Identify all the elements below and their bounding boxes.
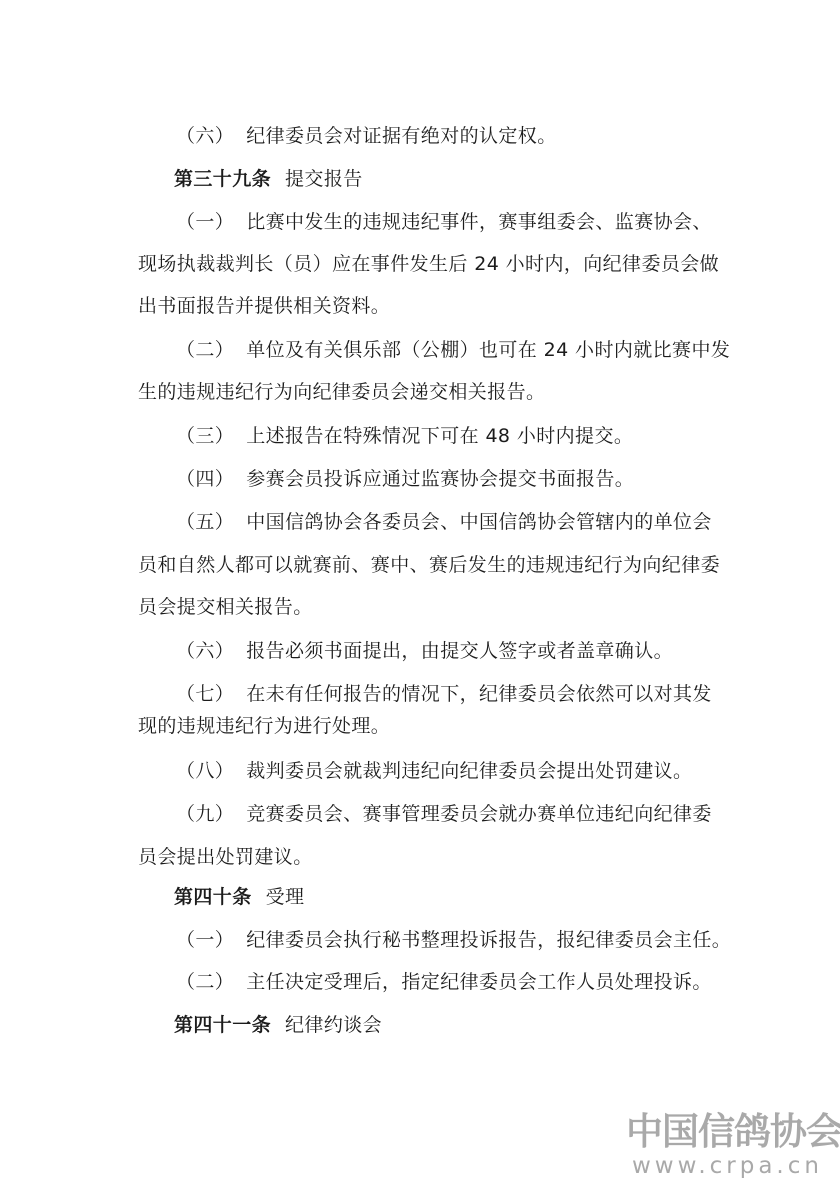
item-number: （五）: [176, 511, 234, 533]
continuation-line: 现的违规违纪行为进行处理。: [138, 714, 390, 738]
item-text: 裁判委员会就裁判违纪向纪律委员会提出处罚建议。: [246, 760, 692, 782]
continuation-line: 出书面报告并提供相关资料。: [138, 294, 390, 318]
item-text: 中国信鸽协会各委员会、中国信鸽协会管辖内的单位会: [246, 511, 712, 533]
item-text: 纪律委员会对证据有绝对的认定权。: [246, 125, 556, 147]
item-number: （一）: [176, 211, 234, 233]
watermark-url: www.crpa.cn: [632, 1153, 823, 1179]
item-number: （二）: [176, 971, 234, 993]
continuation-line: 员和自然人都可以就赛前、赛中、赛后发生的违规违纪行为向纪律委: [138, 553, 720, 577]
item-text: 在未有任何报告的情况下，纪律委员会依然可以对其发: [246, 683, 712, 705]
list-item: （九）竞赛委员会、赛事管理委员会就办赛单位违纪向纪律委: [176, 802, 712, 826]
list-item: （六）报告必须书面提出，由提交人签字或者盖章确认。: [176, 639, 673, 663]
list-item: （五）中国信鸽协会各委员会、中国信鸽协会管辖内的单位会: [176, 510, 712, 534]
item-number: （一）: [176, 929, 234, 951]
continuation-line: 员会提交相关报告。: [138, 595, 313, 619]
item-number: （四）: [176, 468, 234, 490]
article-title: 纪律约谈会: [285, 1014, 382, 1036]
article-number: 第四十一条: [174, 1014, 271, 1036]
item-number: （二）: [176, 339, 234, 361]
item-text: 主任决定受理后，指定纪律委员会工作人员处理投诉。: [246, 971, 712, 993]
list-item: （二）主任决定受理后，指定纪律委员会工作人员处理投诉。: [176, 970, 712, 994]
item-text: 上述报告在特殊情况下可在 48 小时内提交。: [246, 425, 633, 447]
list-item: （一）纪律委员会执行秘书整理投诉报告，报纪律委员会主任。: [176, 928, 731, 952]
document-page: （六）纪律委员会对证据有绝对的认定权。 第三十九条提交报告 （一）比赛中发生的违…: [0, 0, 840, 1187]
item-number: （七）: [176, 683, 234, 705]
list-item: （八）裁判委员会就裁判违纪向纪律委员会提出处罚建议。: [176, 759, 692, 783]
item-number: （九）: [176, 803, 234, 825]
item-number: （六）: [176, 125, 234, 147]
item-number: （八）: [176, 760, 234, 782]
list-item: （一）比赛中发生的违规违纪事件，赛事组委会、监赛协会、: [176, 210, 712, 234]
item-text: 参赛会员投诉应通过监赛协会提交书面报告。: [246, 468, 634, 490]
article-title: 受理: [266, 886, 305, 908]
item-text: 竞赛委员会、赛事管理委员会就办赛单位违纪向纪律委: [246, 803, 712, 825]
list-item: （四）参赛会员投诉应通过监赛协会提交书面报告。: [176, 467, 634, 491]
list-item: （六）纪律委员会对证据有绝对的认定权。: [176, 124, 557, 148]
article-number: 第三十九条: [174, 168, 271, 190]
list-item: （七）在未有任何报告的情况下，纪律委员会依然可以对其发: [176, 682, 712, 706]
item-text: 比赛中发生的违规违纪事件，赛事组委会、监赛协会、: [246, 211, 712, 233]
article-heading: 第四十一条纪律约谈会: [174, 1013, 382, 1037]
article-title: 提交报告: [285, 168, 363, 190]
item-text: 报告必须书面提出，由提交人签字或者盖章确认。: [246, 640, 673, 662]
continuation-line: 员会提出处罚建议。: [138, 845, 313, 869]
item-number: （三）: [176, 425, 234, 447]
watermark-org-name: 中国信鸽协会: [626, 1112, 840, 1152]
article-heading: 第四十条受理: [174, 885, 304, 909]
article-heading: 第三十九条提交报告: [174, 167, 363, 191]
item-text: 单位及有关俱乐部（公棚）也可在 24 小时内就比赛中发: [246, 339, 730, 361]
list-item: （二）单位及有关俱乐部（公棚）也可在 24 小时内就比赛中发: [176, 338, 730, 362]
continuation-line: 现场执裁裁判长（员）应在事件发生后 24 小时内，向纪律委员会做: [138, 252, 719, 276]
continuation-line: 生的违规违纪行为向纪律委员会递交相关报告。: [138, 380, 545, 404]
item-text: 纪律委员会执行秘书整理投诉报告，报纪律委员会主任。: [246, 929, 731, 951]
item-number: （六）: [176, 640, 234, 662]
list-item: （三）上述报告在特殊情况下可在 48 小时内提交。: [176, 424, 633, 448]
article-number: 第四十条: [174, 886, 252, 908]
